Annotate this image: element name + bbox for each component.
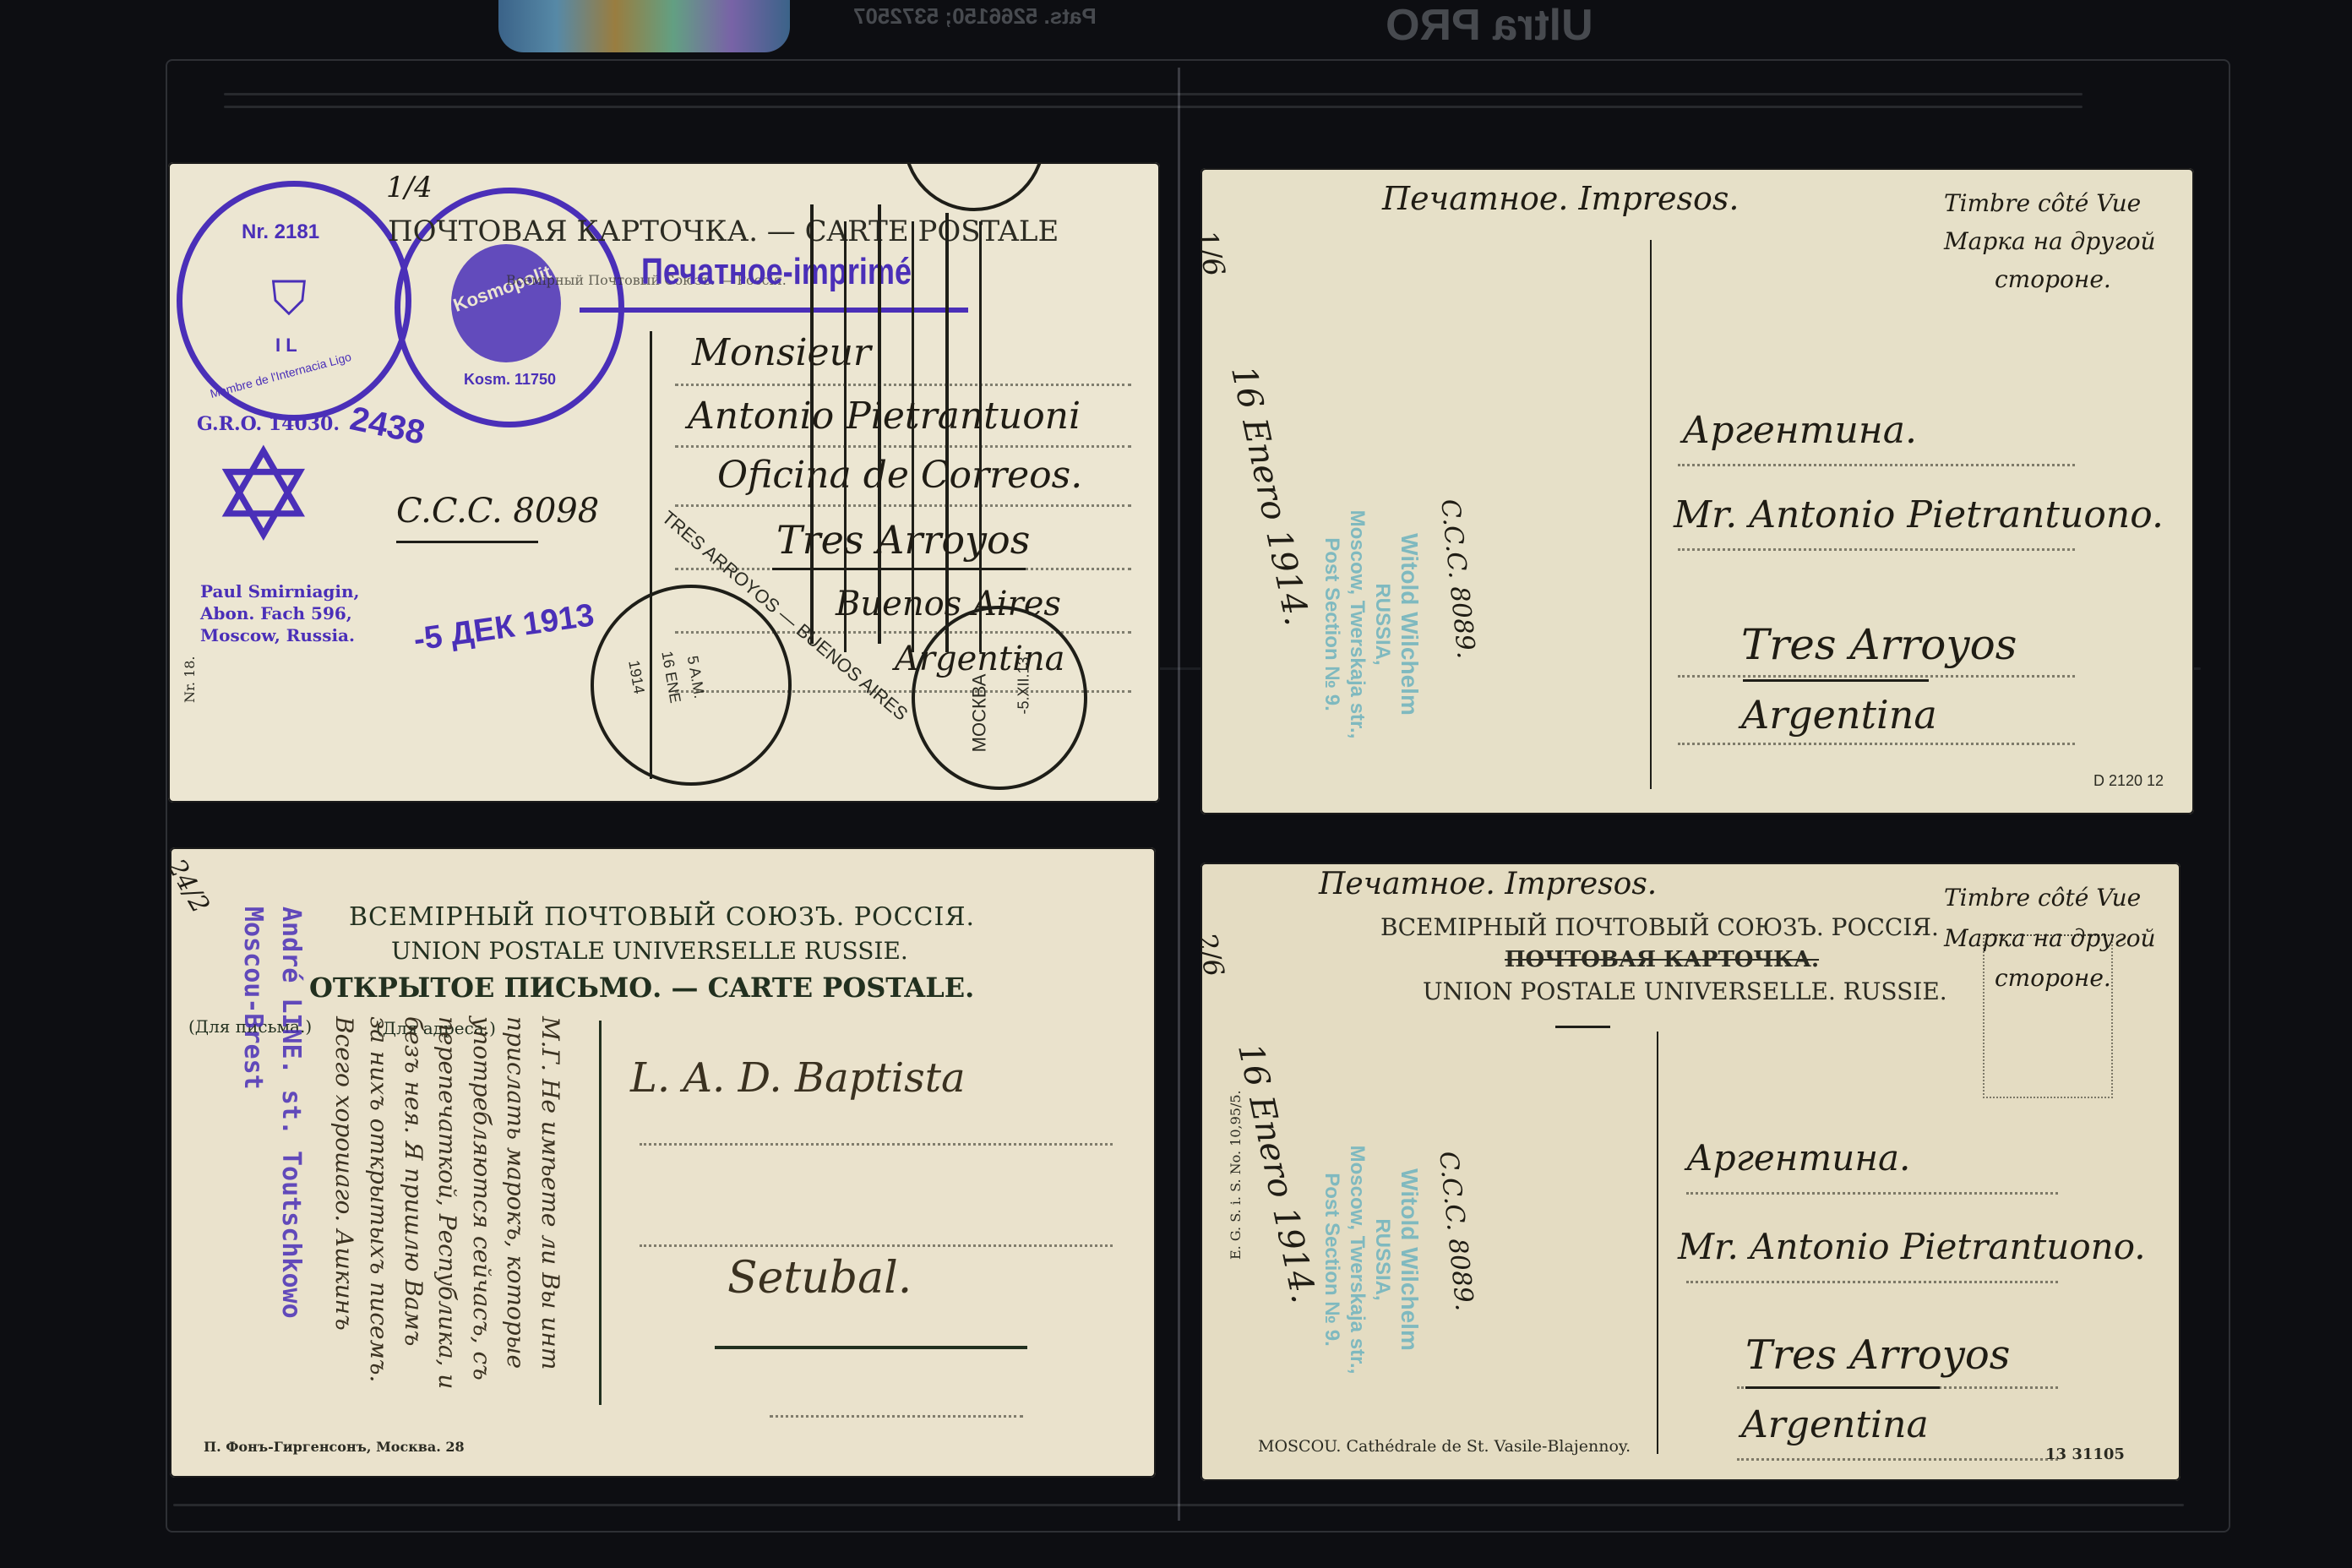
header-note: Печатное. Impresos.	[1319, 867, 1657, 901]
card-header-line2: UNION POSTALE UNIVERSELLE. RUSSIE.	[1423, 977, 1947, 1005]
publisher-code: E. G. S. i. S. No. 10,95/5.	[1228, 1090, 1244, 1260]
sleeve-patent-text: Pats. 5266150; 5372507	[853, 3, 1097, 30]
corner-note: 2/6	[1200, 930, 1231, 979]
card-header-struck: ПОЧТОВАЯ КАРТОЧКА.	[1505, 947, 1819, 972]
card-header-line3: ОТКРЫТОЕ ПИСЬМО. — CARTE POSTALE.	[309, 972, 974, 1004]
sender-block: Paul Smirniagin, Abon. Fach 596, Moscow,…	[200, 580, 360, 646]
address-line: Argentina	[1741, 692, 1937, 738]
postcard-bottom-left: 24/2 ВСЕМІРНЫЙ ПОЧТОВЫЙ СОЮЗЪ. РОССІЯ. U…	[170, 847, 1156, 1478]
card-header: ПОЧТОВАЯ КАРТОЧКА. — CARTE POSTALE	[388, 215, 1059, 248]
sleeve-brand-text: Ultra PRO	[1386, 0, 1593, 51]
address-line: L. A. D. Baptista	[630, 1054, 966, 1102]
address-line: Monsieur	[692, 331, 871, 374]
card-header-line1: ВСЕМІРНЫЙ ПОЧТОВЫЙ СОЮЗЪ. РОССІЯ.	[349, 902, 975, 932]
address-divider	[599, 1021, 602, 1405]
card-header-line2: UNION POSTALE UNIVERSELLE RUSSIE.	[391, 937, 908, 965]
sleeve-top-edge-2	[224, 106, 2082, 108]
date-note: 16 Enero 1914.	[1223, 362, 1316, 629]
corner-note: 1/4	[386, 171, 433, 204]
machine-cancel-circle	[903, 162, 1045, 211]
arrival-postmark: TRES ARROYOS — BUENOS AIRES 5 A.M. 16 EN…	[591, 585, 792, 786]
sender-round-stamp-left: Nr. 2181 ⛉ I L Membre de l'Internacia Li…	[177, 181, 411, 421]
address-line: Tres Arroyos	[1741, 620, 2017, 669]
message-text: М.Г. Не имѣете ли Вы инт прислать марокъ…	[327, 1016, 567, 1389]
ccc-note: C.C.C. 8089.	[1433, 1150, 1479, 1312]
sender-stamp: Witold Wilchelm RUSSIA, Moscow, Twerskaj…	[1319, 510, 1424, 739]
address-line: Mr. Antonio Pietrantuono.	[1674, 493, 2164, 536]
card-code: D 2120 12	[2093, 772, 2164, 790]
address-line: Tres Arroyos	[776, 517, 1030, 563]
card-header-line1: ВСЕМІРНЫЙ ПОЧТОВЫЙ СОЮЗЪ. РОССІЯ.	[1380, 913, 1939, 941]
stamp-placement-note: Timbre côté Vue Марка на другой стороне.	[1944, 878, 2156, 999]
sender-stamp: André LINE. st. Toutschkowo Moscou-Brest	[234, 906, 310, 1319]
address-line: Аргентина.	[1686, 1137, 1910, 1179]
departure-postmark: МОСКВА -5.XII.13	[912, 606, 1087, 790]
printed-matter-stamp: Печатное-imprimé	[641, 251, 912, 293]
sender-stamp: Witold Wilchelm RUSSIA, Moscow, Twerskaj…	[1319, 1146, 1424, 1375]
address-line: Tres Arroyos	[1745, 1331, 2010, 1379]
date-stamp: -5 ДЕК 1913	[411, 597, 596, 659]
address-line: Oficina de Correos.	[717, 454, 1082, 497]
address-line: Antonio Pietrantuoni	[688, 395, 1081, 438]
ccc-note: C.C.C. 8098	[396, 492, 599, 531]
postcard-top-left: Nr. 2181 ⛉ I L Membre de l'Internacia Li…	[168, 162, 1160, 803]
address-line: Argentina	[1741, 1403, 1929, 1446]
ccc-note: C.C.C. 8089.	[1435, 498, 1481, 660]
sleeve-top-edge	[224, 93, 2082, 95]
ccc-underline	[396, 541, 538, 543]
shield-emblem-icon: ⛉	[271, 271, 307, 327]
postcard-bottom-right: Печатное. Impresos. 2/6 ВСЕМІРНЫЙ ПОЧТОВ…	[1200, 863, 2180, 1481]
date-note: 16 Enero 1914.	[1230, 1040, 1323, 1306]
corner-note: 1/6	[1200, 227, 1231, 280]
header-note: Печатное. Impresos.	[1382, 180, 1739, 217]
star-stamp-icon: ✡	[210, 433, 317, 559]
card-code: 13 31105	[2045, 1445, 2125, 1463]
address-divider	[1650, 240, 1652, 789]
publisher-imprint: П. Фонъ-Гиргенсонъ, Москва. 28	[204, 1439, 465, 1455]
address-line: Setubal.	[727, 1253, 912, 1304]
corner-note: 24/2	[170, 854, 215, 918]
stamp-placement-note: Timbre côté Vue Марка на другой стороне.	[1944, 185, 2156, 298]
card-number: Nr. 18.	[182, 656, 198, 703]
hologram-sticker	[498, 0, 790, 52]
sleeve-divider	[1178, 68, 1180, 1521]
address-divider	[1657, 1032, 1658, 1454]
address-line: Аргентина.	[1682, 409, 1917, 452]
postcard-top-right: Печатное. Impresos. 1/6 Timbre côté Vue …	[1200, 168, 2194, 814]
card-caption: MOSCOU. Cathédrale de St. Vasile-Blajenn…	[1258, 1437, 1631, 1456]
address-line: Mr. Antonio Pietrantuono.	[1678, 1226, 2146, 1267]
printed-matter-underline	[580, 308, 968, 313]
number-stamp: 2438	[346, 400, 427, 453]
